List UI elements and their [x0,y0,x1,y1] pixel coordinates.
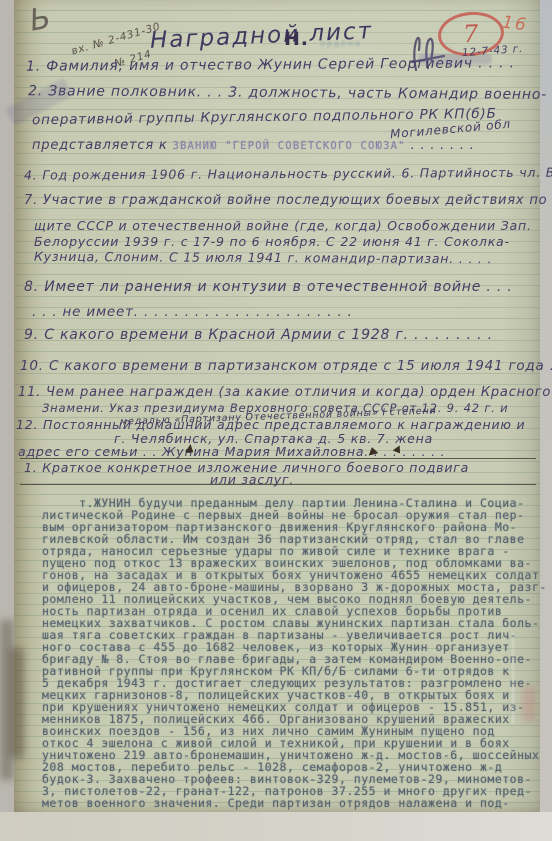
field-war-participation-4: Кузница, Слоним. С 15 июля 1941 г. коман… [34,250,492,266]
field-family-address: адрес его семьи . . Жунина Мария Михайло… [18,445,445,458]
typed-citation-text: т.ЖУНИН будучи преданным делу партии Лен… [42,497,552,809]
field-wounds-question: 8. Имеет ли ранения и контузии в отечест… [24,280,513,295]
hero-title-stamp: ЗВАНИЮ "ГЕРОЙ СОВЕТСКОГО СОЮЗА" [172,140,405,152]
field-red-army-since: 9. С какого времени в Красной Армии с 19… [24,328,493,343]
paper-crease [512,632,514,724]
pencil-corner-number: 16 [501,15,529,36]
pencil-flourish-mark: Ь [27,2,54,37]
faint-stamp-text: ордена [320,40,362,49]
field-home-address: 12. Постоянный домашний адрес представля… [16,418,525,431]
field-war-participation-3: Белоруссии 1939 г. с 17-9 по 6 ноября. С… [34,235,510,248]
edge-shadow-stain [10,648,24,758]
red-grading-number: 7 [463,20,479,49]
section-divider-top [20,458,536,459]
field-rank-position: 2. Звание полковник. . . 3. должность, ч… [28,84,547,102]
field-birth-nationality-party: 4. Год рождения 1906 г. Национальность р… [24,166,552,182]
backing-paper-bottom [0,812,552,841]
recommended-prefix: представляется к [32,138,172,153]
scanned-document: Ь вх. № 2-431-30 № 214 Наградной лист Н.… [0,0,552,841]
leader-dots: . . . . . . . [406,138,475,153]
field-partisan-since: 10. С какого времени в партизанском отря… [20,359,552,373]
correction-mark: Н. [284,30,309,50]
field-prior-awards: 11. Чем ранее награжден (за какие отличи… [18,386,551,400]
field-war-participation: 7. Участие в гражданской войне последующ… [24,194,552,208]
field-recommended-for: представляется к ЗВАНИЮ "ГЕРОЙ СОВЕТСКОГ… [32,139,475,153]
section-divider-bottom [20,484,536,485]
document-paper: Ь вх. № 2-431-30 № 214 Наградной лист Н.… [14,0,540,812]
field-war-participation-2: щите СССР и отечественной войне (где, ко… [34,219,532,232]
pink-stain [522,686,536,722]
field-surname: 1. Фамилия, имя и отчество Жунин Сергей … [26,56,515,74]
field-wounds-answer: . . . не имеет. . . . . . . . . . . . . … [32,305,353,319]
